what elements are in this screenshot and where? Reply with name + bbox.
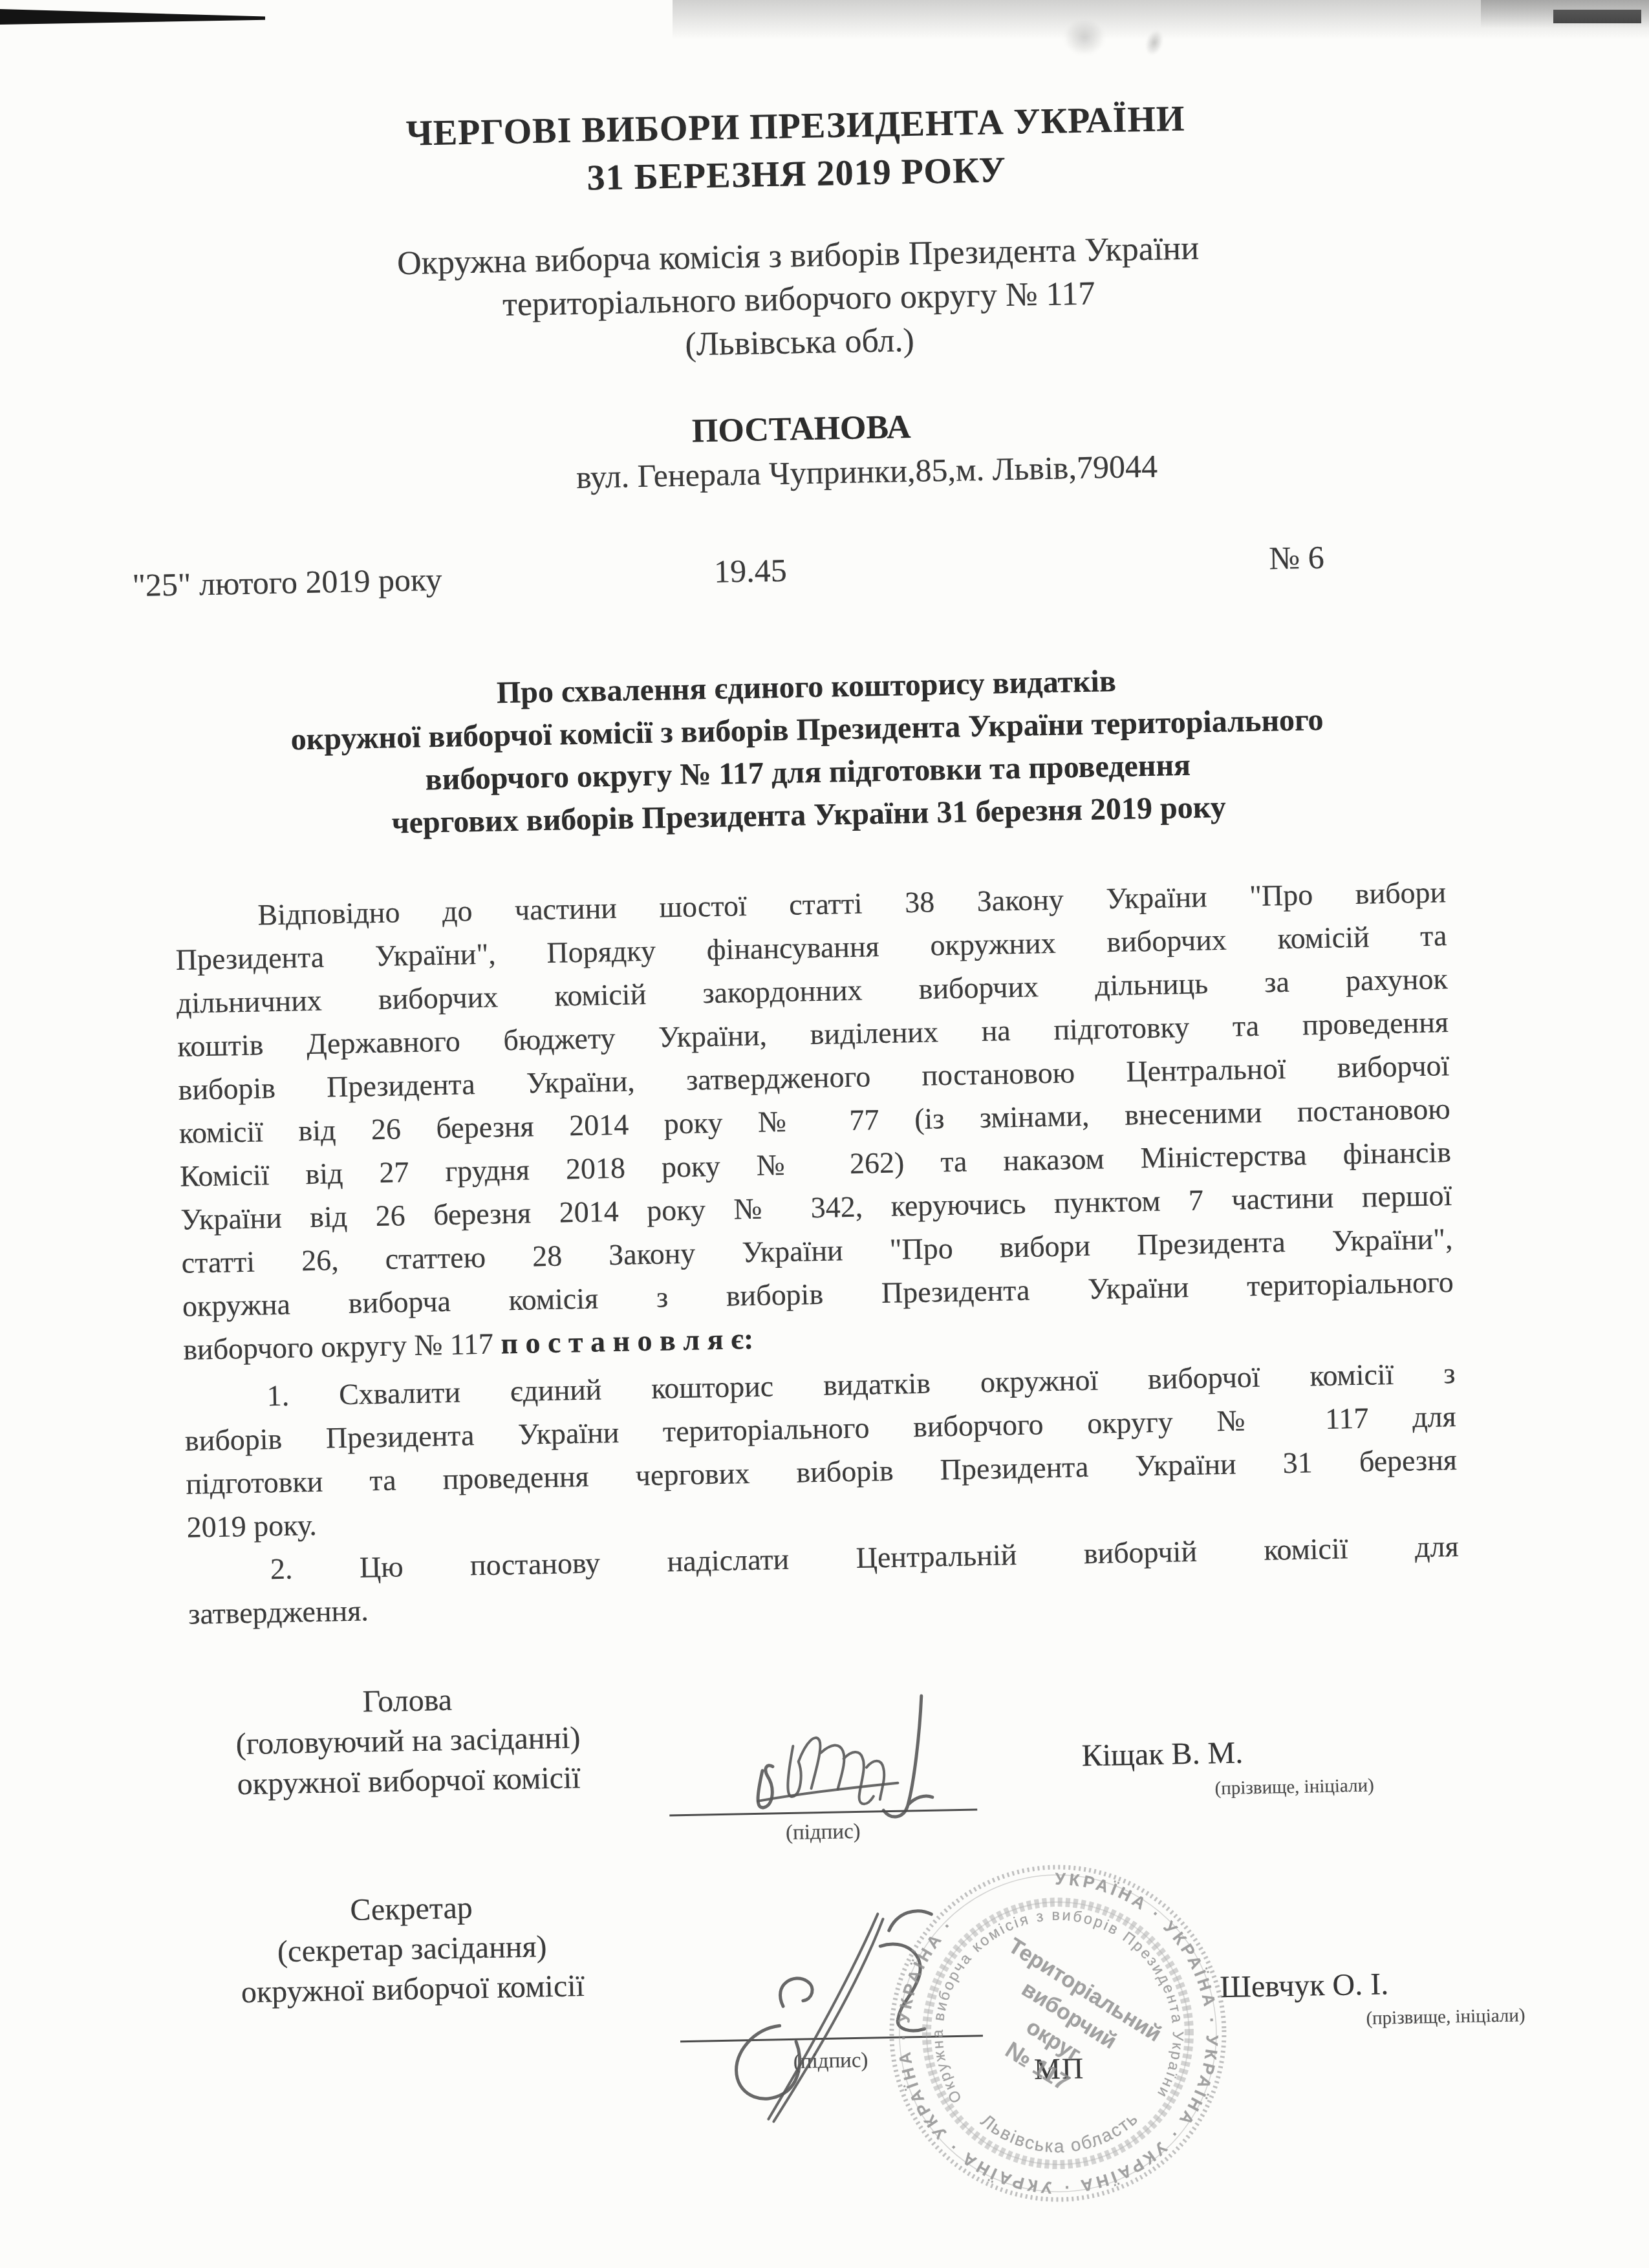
scan-artifact-smudge <box>1062 18 1107 57</box>
signature-stroke <box>757 1783 898 1801</box>
scan-artifact-top-left-wedge <box>0 9 265 25</box>
signer-role-head: Голова (головуючий на засіданні) окружно… <box>193 1677 622 1806</box>
signature-stroke <box>881 1696 933 1817</box>
signature-stroke <box>735 2026 801 2099</box>
resolves-keyword: п о с т а н о в л я є: <box>501 1322 754 1360</box>
document-date: "25" лютого 2019 року <box>132 561 442 604</box>
resolution-title: Про схвалення єдиного кошторису видатків… <box>195 654 1420 848</box>
role-line: окружної виборчої комісії <box>199 1965 627 2014</box>
signer-name-secretary: Шевчук О. І. <box>1220 1966 1389 2005</box>
resolves-prefix: виборчого округу № 117 <box>183 1327 501 1365</box>
preamble-paragraph: Відповідно до частини шостої статті 38 З… <box>175 875 1455 1376</box>
document-number: № 6 <box>1229 538 1365 578</box>
signature-caption: (підпис) <box>671 1817 976 1847</box>
signature-stroke <box>764 1914 887 2121</box>
dateline-row: "25" лютого 2019 року 19.45 № 6 <box>168 536 1440 606</box>
signer-name-head: Кіщак В. М. <box>1081 1735 1244 1773</box>
handwritten-signature-head <box>641 1627 1008 1828</box>
scan-artifact-top-right-shadow <box>1481 0 1649 30</box>
document-time: 19.45 <box>685 551 815 591</box>
signer-role-secretary: Секретар (секретар засідання) окружної в… <box>197 1885 626 2014</box>
signature-stroke <box>780 1978 813 2007</box>
commission-name-block: Окружна виборча комісія з виборів Презид… <box>187 222 1412 376</box>
scanned-document-page: ЧЕРГОВІ ВИБОРИ ПРЕЗИДЕНТА УКРАЇНИ 31 БЕР… <box>0 0 1649 2268</box>
role-line: окружної виборчої комісії <box>195 1757 623 1806</box>
document-heading: ЧЕРГОВІ ВИБОРИ ПРЕЗИДЕНТА УКРАЇНИ 31 БЕР… <box>184 91 1408 209</box>
document-content: ЧЕРГОВІ ВИБОРИ ПРЕЗИДЕНТА УКРАЇНИ 31 БЕР… <box>160 85 1472 2262</box>
round-commission-stamp: УКРАЇНА · УКРАЇНА · УКРАЇНА · УКРАЇНА · … <box>874 1849 1243 2218</box>
name-caption: (прізвище, ініціали) <box>1187 1775 1401 1800</box>
resolution-item-1: 1. Схвалити єдиний кошторис видатків окр… <box>184 1356 1458 1554</box>
name-caption: (прізвище, ініціали) <box>1342 2004 1549 2029</box>
